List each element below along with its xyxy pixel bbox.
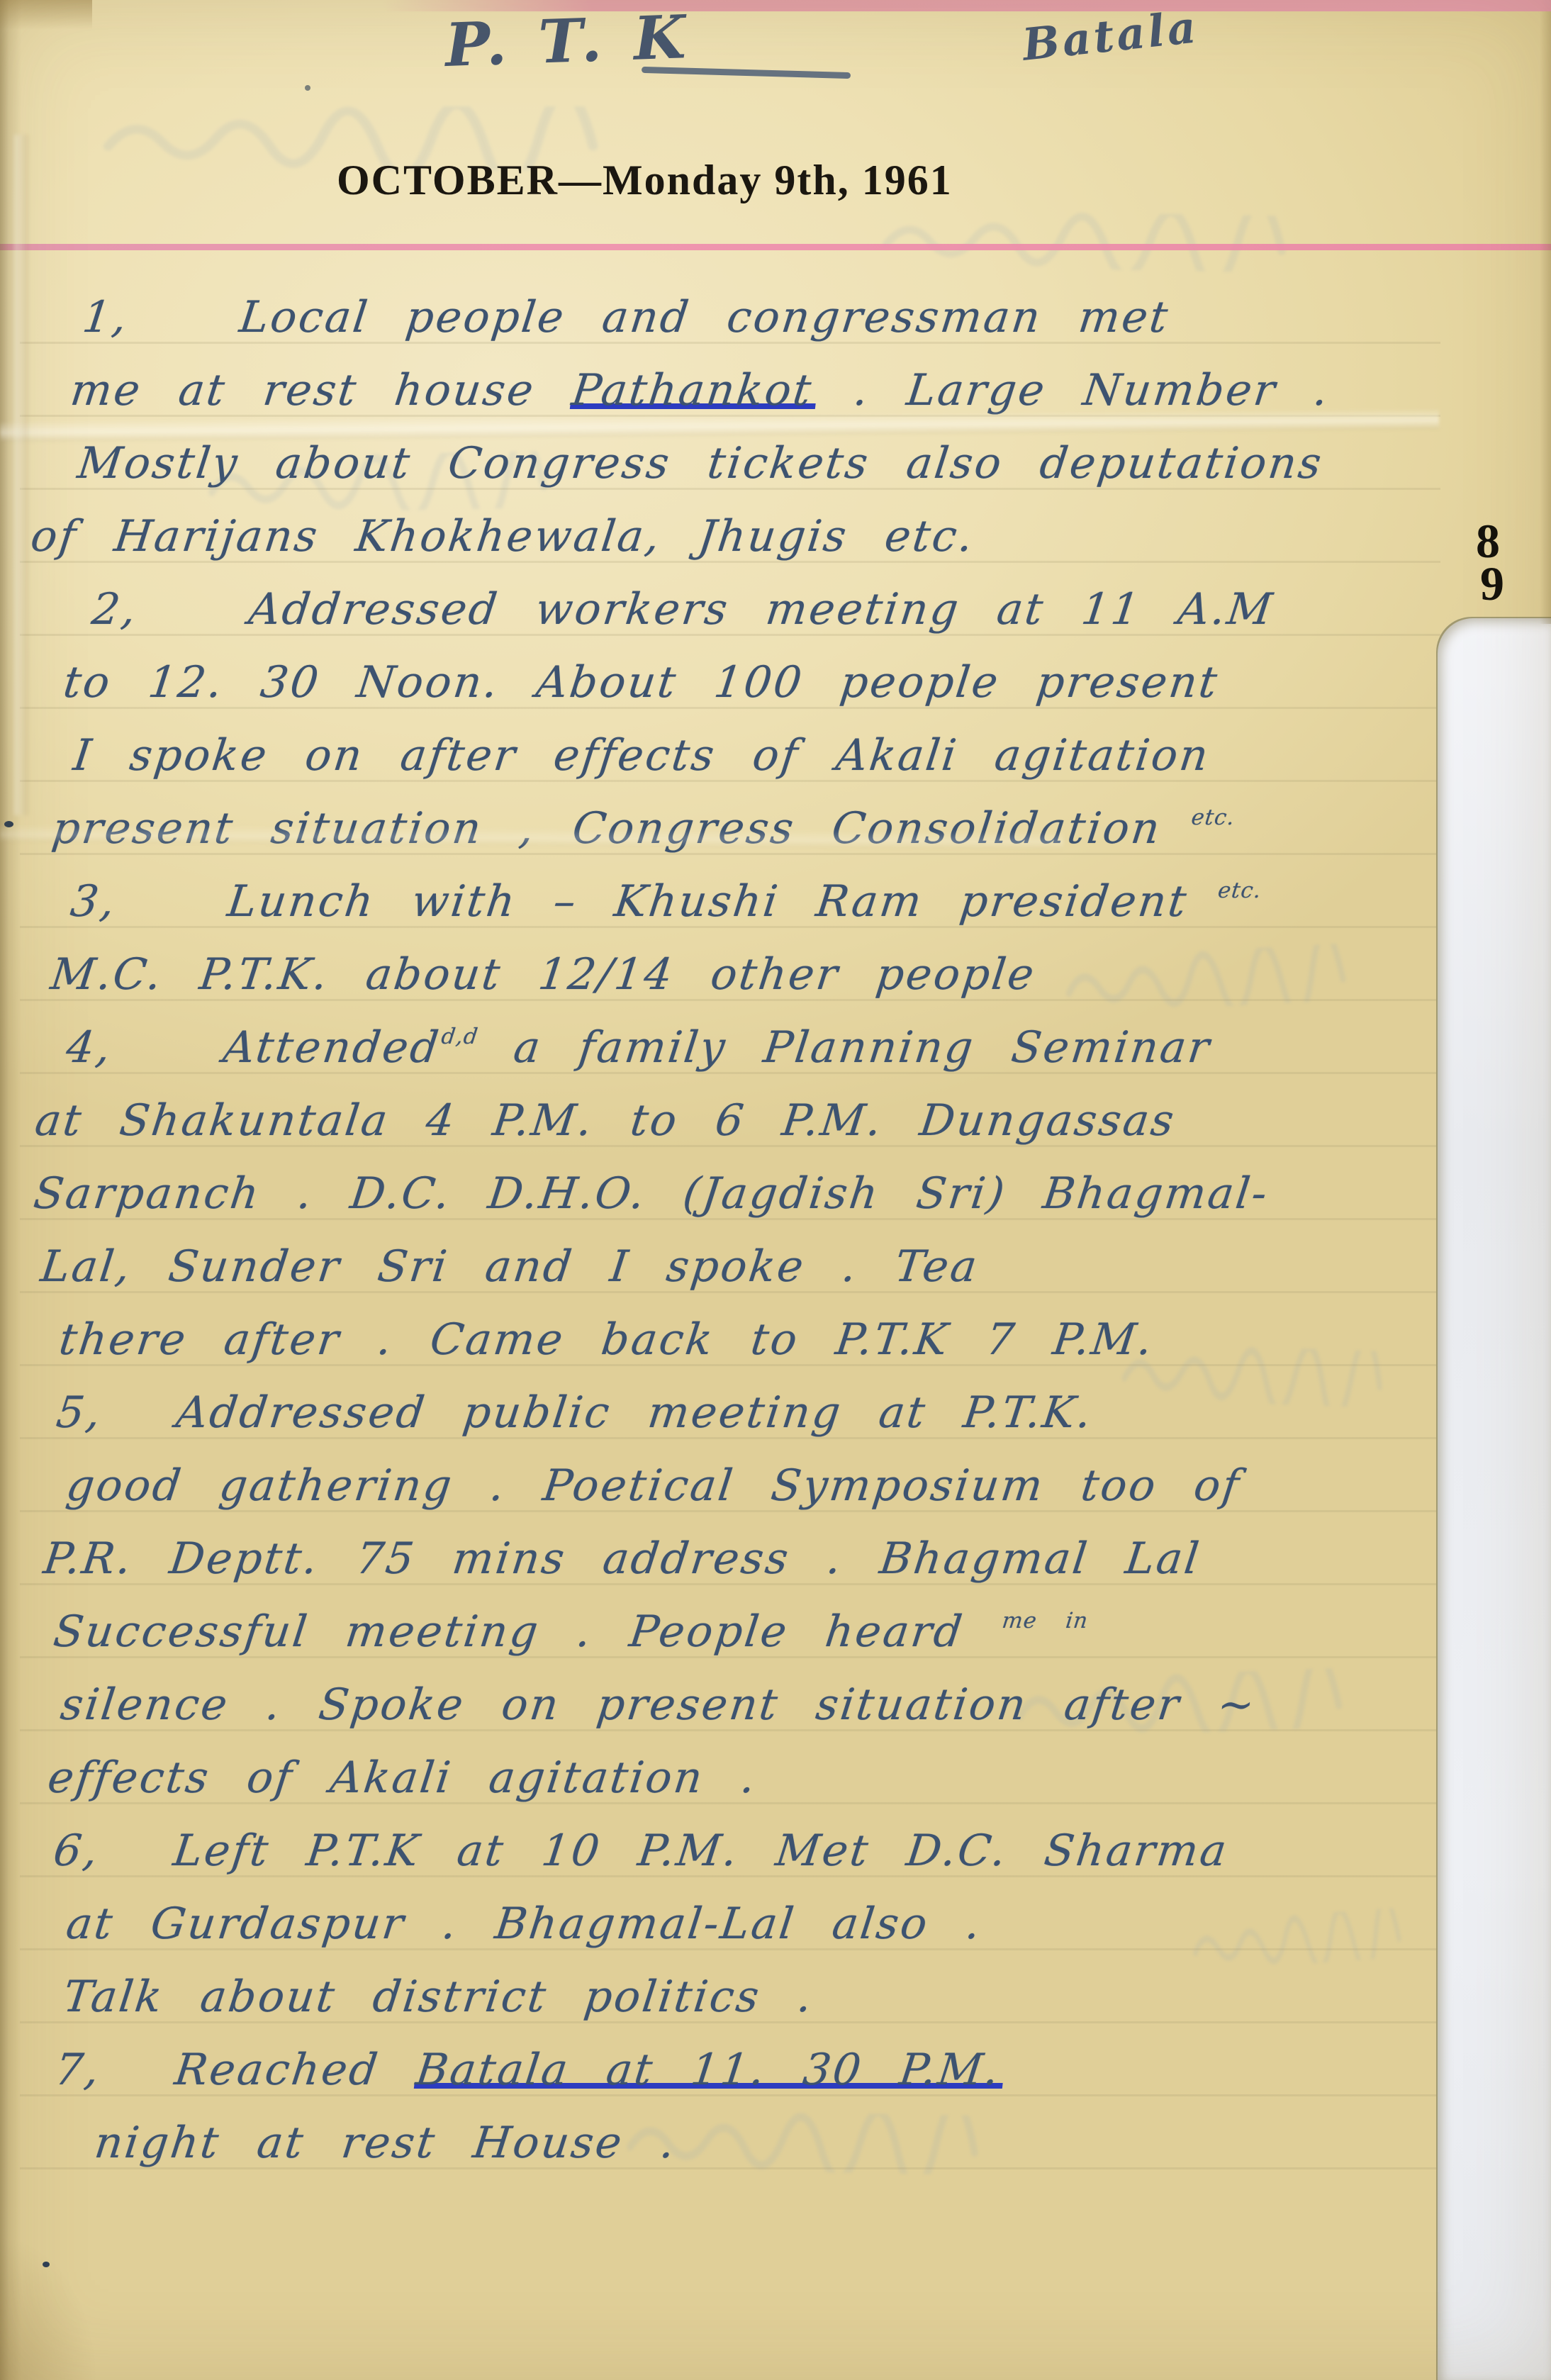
handwriting-line: Mostly about Congress tickets also deput… bbox=[26, 427, 1538, 500]
handwriting-text: to 12. 30 Noon. About 100 people present bbox=[61, 657, 1222, 708]
handwriting-line: 5, Addressed public meeting at P.T.K. bbox=[26, 1376, 1538, 1449]
printed-date-header: OCTOBER—Monday 9th, 1961 bbox=[337, 156, 953, 205]
corner-shadow bbox=[0, 0, 92, 30]
handwriting-body: 1, Local people and congressman metme at… bbox=[30, 281, 1533, 2179]
interlinear-insertion: d,d bbox=[440, 1024, 480, 1049]
handwriting-text: 7, Reached bbox=[52, 2045, 420, 2095]
handwriting-text: 5, Addressed public meeting at P.T.K. bbox=[54, 1387, 1096, 1438]
handwriting-line: 4, Attendedd,d a family Planning Seminar bbox=[26, 1011, 1538, 1084]
handwriting-line: effects of Akali agitation . bbox=[26, 1741, 1538, 1814]
bleed-through-ghost bbox=[878, 209, 1318, 274]
interlinear-insertion: etc. bbox=[1161, 805, 1236, 830]
handwriting-line: 2, Addressed workers meeting at 11 A.M bbox=[26, 573, 1538, 646]
handwriting-text: Talk about district politics . bbox=[61, 1972, 817, 2022]
handwriting-text: 1, Local people and congressman met bbox=[80, 292, 1172, 342]
handwriting-text: Successful meeting . People heard bbox=[51, 1607, 1004, 1657]
script-title-underline bbox=[642, 67, 851, 79]
handwriting-text: a family Planning Seminar bbox=[474, 1022, 1214, 1073]
page-right-edge bbox=[1540, 0, 1551, 624]
ink-speck bbox=[4, 821, 13, 827]
handwriting-line: night at rest House . bbox=[26, 2106, 1538, 2179]
handwriting-text: Lal, Sunder Sri and I spoke . Tea bbox=[38, 1241, 982, 1292]
handwriting-text: effects of Akali agitation . bbox=[45, 1753, 761, 1803]
handwriting-text: 4, Attended bbox=[64, 1022, 444, 1073]
handwriting-line: to 12. 30 Noon. About 100 people present bbox=[26, 646, 1538, 719]
handwriting-text: M.C. P.T.K. about 12/14 other people bbox=[48, 949, 1039, 1000]
handwriting-text: of Harijans Khokhewala, Jhugis etc. bbox=[28, 511, 978, 562]
blue-underlined-text: Batala at 11. 30 P.M. bbox=[413, 2045, 1008, 2095]
interlinear-insertion: etc. bbox=[1187, 878, 1262, 903]
handwriting-text: good gathering . Poetical Symposium too … bbox=[64, 1460, 1244, 1511]
handwriting-line: M.C. P.T.K. about 12/14 other people bbox=[26, 938, 1538, 1011]
handwriting-line: Talk about district politics . bbox=[26, 1960, 1538, 2033]
handwriting-text: I spoke on after effects of Akali agitat… bbox=[71, 730, 1213, 781]
corner-curl-shadow bbox=[0, 2189, 121, 2380]
handwriting-text: at Shakuntala 4 P.M. to 6 P.M. Dungassas bbox=[33, 1095, 1179, 1146]
handwriting-text: . Large Number . bbox=[814, 365, 1333, 415]
handwriting-text: P.R. Deptt. 75 mins address . Bhagmal La… bbox=[41, 1533, 1204, 1584]
handwriting-text: Mostly about Congress tickets also deput… bbox=[75, 438, 1326, 488]
binding-edge-shadow bbox=[0, 0, 21, 2380]
handwriting-line: 6, Left P.T.K at 10 P.M. Met D.C. Sharma bbox=[26, 1814, 1538, 1887]
pink-rule bbox=[0, 244, 1551, 250]
handwriting-line: at Shakuntala 4 P.M. to 6 P.M. Dungassas bbox=[26, 1084, 1538, 1157]
ink-speck bbox=[43, 2262, 50, 2267]
handwriting-line: silence . Spoke on present situation aft… bbox=[26, 1668, 1538, 1741]
handwriting-text: at Gurdaspur . Bhagmal-Lal also . bbox=[64, 1899, 985, 1949]
handwriting-text: 3, Lunch with – Khushi Ram president bbox=[68, 876, 1191, 927]
handwriting-line: there after . Came back to P.T.K 7 P.M. bbox=[26, 1303, 1538, 1376]
handwriting-line: 3, Lunch with – Khushi Ram president etc… bbox=[26, 865, 1538, 938]
ink-speck bbox=[305, 85, 310, 91]
handwriting-line: P.R. Deptt. 75 mins address . Bhagmal La… bbox=[26, 1522, 1538, 1595]
handwriting-line: 7, Reached Batala at 11. 30 P.M. bbox=[26, 2033, 1538, 2106]
handwriting-line: Sarpanch . D.C. D.H.O. (Jagdish Sri) Bha… bbox=[26, 1157, 1538, 1230]
handwriting-text: present situation , Congress Consolidati… bbox=[50, 803, 1165, 854]
under-page bbox=[1436, 617, 1551, 2380]
handwriting-line: Successful meeting . People heard me in bbox=[26, 1595, 1538, 1668]
handwriting-line: of Harijans Khokhewala, Jhugis etc. bbox=[26, 500, 1538, 573]
handwriting-line: at Gurdaspur . Bhagmal-Lal also . bbox=[26, 1887, 1538, 1960]
interlinear-insertion: me in bbox=[1001, 1609, 1090, 1633]
handwriting-text: night at rest House . bbox=[92, 2118, 680, 2168]
handwriting-line: me at rest house Pathankot . Large Numbe… bbox=[26, 354, 1538, 427]
handwriting-line: I spoke on after effects of Akali agitat… bbox=[26, 719, 1538, 792]
handwriting-text: Sarpanch . D.C. D.H.O. (Jagdish Sri) Bha… bbox=[31, 1168, 1272, 1219]
handwriting-line: 1, Local people and congressman met bbox=[26, 281, 1538, 354]
page-top-pink-edge bbox=[383, 0, 1551, 11]
handwriting-text: 2, Addressed workers meeting at 11 A.M bbox=[89, 584, 1277, 635]
handwriting-line: good gathering . Poetical Symposium too … bbox=[26, 1449, 1538, 1522]
handwriting-text: silence . Spoke on present situation aft… bbox=[58, 1680, 1260, 1730]
diary-page: P. T. K Batala OCTOBER—Monday 9th, 1961 … bbox=[0, 0, 1551, 2380]
handwriting-text: me at rest house bbox=[68, 365, 576, 415]
handwriting-line: present situation , Congress Consolidati… bbox=[26, 792, 1538, 865]
handwriting-line: Lal, Sunder Sri and I spoke . Tea bbox=[26, 1230, 1538, 1303]
handwriting-text: 6, Left P.T.K at 10 P.M. Met D.C. Sharma bbox=[51, 1826, 1231, 1876]
handwriting-text: there after . Came back to P.T.K 7 P.M. bbox=[57, 1314, 1157, 1365]
blue-underlined-text: Pathankot bbox=[569, 365, 820, 415]
